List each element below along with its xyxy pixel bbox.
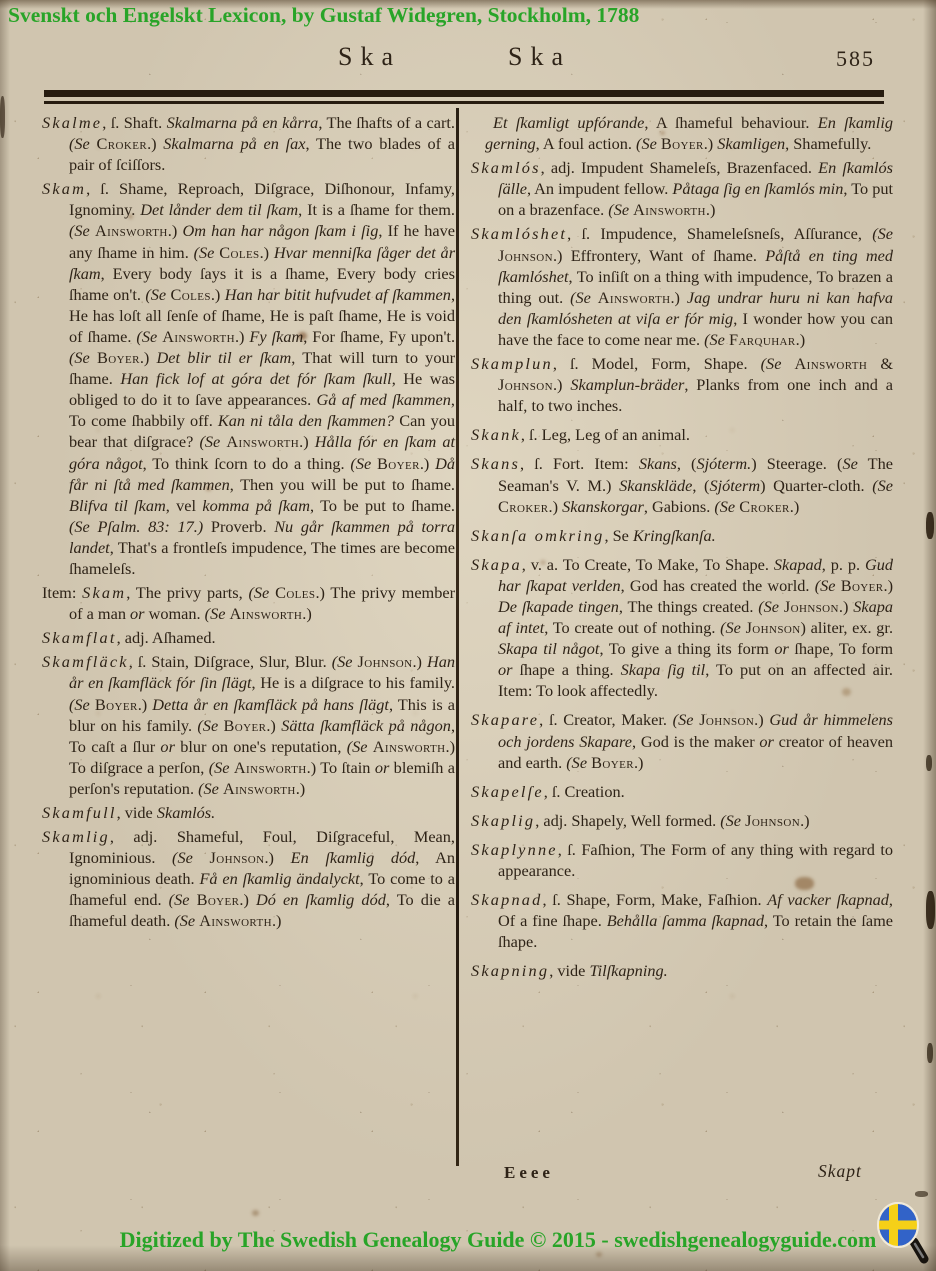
- scan-artifact: [0, 96, 5, 138]
- dictionary-entry: Skans, ſ. Fort. Item: Skans, (Sjóterm.) …: [471, 453, 893, 516]
- page-number: 585: [836, 46, 875, 72]
- scan-artifact: [927, 1043, 933, 1063]
- left-column: Skalme, ſ. Shaft. Skalmarna på en kårra,…: [42, 112, 455, 935]
- dictionary-entry: Skamflat, adj. Aſhamed.: [42, 627, 455, 648]
- running-head-keyword-right: Ska: [508, 42, 571, 72]
- scan-artifact: [926, 755, 932, 771]
- scan-artifact: [915, 1191, 928, 1197]
- column-divider-rule: [456, 108, 459, 1166]
- scan-artifact: [926, 512, 934, 539]
- dictionary-entry: Skam, ſ. Shame, Reproach, Diſgrace, Diſh…: [42, 178, 455, 579]
- dictionary-entry: Skamplun, ſ. Model, Form, Shape. (Se Ain…: [471, 353, 893, 416]
- dictionary-entry: Skapning, vide Tilſkapning.: [471, 960, 893, 981]
- dictionary-entry: Item: Skam, The privy parts, (Se Coles.)…: [42, 582, 455, 624]
- digitization-footer-caption: Digitized by The Swedish Genealogy Guide…: [60, 1227, 936, 1253]
- dictionary-entry: Skapnad, ſ. Shape, Form, Make, Faſhion. …: [471, 889, 893, 952]
- dictionary-entry: Skamlig, adj. Shameful, Foul, Diſgracefu…: [42, 826, 455, 931]
- scanned-page: Svenskt och Engelskt Lexicon, by Gustaf …: [0, 0, 936, 1271]
- swedish-flag-magnifier-icon: [874, 1200, 932, 1264]
- dictionary-entry: Skaplynne, ſ. Faſhion, The Form of any t…: [471, 839, 893, 881]
- dictionary-entry: Skanſa omkring, Se Kringſkanſa.: [471, 525, 893, 546]
- dictionary-entry: Skalme, ſ. Shaft. Skalmarna på en kårra,…: [42, 112, 455, 175]
- right-column: Et ſkamligt upfórande, A ſhameful behavi…: [471, 112, 893, 984]
- digitization-title-caption: Svenskt och Engelskt Lexicon, by Gustaf …: [8, 3, 639, 28]
- paper-stain: [252, 1210, 259, 1216]
- running-head-keyword-left: Ska: [338, 42, 401, 72]
- dictionary-entry: Skamlós, adj. Impudent Shameleſs, Brazen…: [471, 157, 893, 220]
- flag-cross-horizontal: [877, 1221, 919, 1230]
- dictionary-entry: Skapa, v. a. To Create, To Make, To Shap…: [471, 554, 893, 702]
- dictionary-entry: Skamlóshet, ſ. Impudence, Shameleſsneſs,…: [471, 223, 893, 350]
- header-rule: [44, 90, 884, 104]
- signature-mark: Eeee: [504, 1163, 554, 1183]
- dictionary-entry: Skank, ſ. Leg, Leg of an animal.: [471, 424, 893, 445]
- dictionary-entry: Skaplig, adj. Shapely, Well formed. (Se …: [471, 810, 893, 831]
- catchword: Skapt: [818, 1161, 862, 1182]
- dictionary-entry: Skapelſe, ſ. Creation.: [471, 781, 893, 802]
- scan-artifact: [926, 891, 935, 929]
- dictionary-entry: Skapare, ſ. Creator, Maker. (Se Johnson.…: [471, 709, 893, 772]
- dictionary-entry: Skamfull, vide Skamlós.: [42, 802, 455, 823]
- dictionary-entry: Skamfläck, ſ. Stain, Diſgrace, Slur, Blu…: [42, 651, 455, 799]
- dictionary-entry: Et ſkamligt upfórande, A ſhameful behavi…: [471, 112, 893, 154]
